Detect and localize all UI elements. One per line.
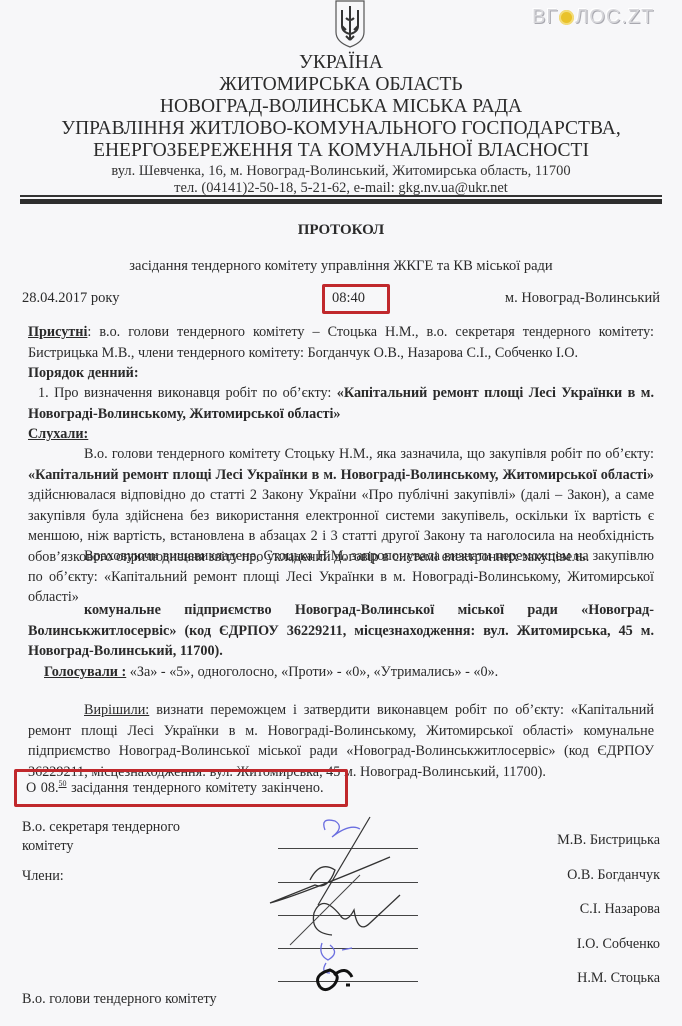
header-council: НОВОГРАД-ВОЛИНСЬКА МІСЬКА РАДА <box>0 96 682 118</box>
trident-coat-of-arms-icon <box>333 0 367 48</box>
signatory-name-5: Н.М. Стоцька <box>577 970 660 987</box>
secretary-label-line2: комітету <box>22 837 180 856</box>
header-department-2: ЕНЕРГОЗБЕРЕЖЕННЯ ТА КОМУНАЛЬНОЇ ВЛАСНОСТ… <box>0 140 682 162</box>
end-prefix: О 08. <box>26 780 59 796</box>
present-label: Присутні <box>28 324 87 340</box>
end-minutes: 50 <box>59 779 67 788</box>
meeting-time: 08:40 <box>332 290 365 307</box>
heard-label: Слухали: <box>28 424 654 445</box>
heard-p2-text: Враховуючи вищевикладене, Стоцька Н.М. з… <box>28 548 654 605</box>
decided-label: Вирішили: <box>84 702 149 718</box>
header-country: УКРАЇНА <box>0 52 682 74</box>
voted-text: «За» - «5», одноголосно, «Проти» - «0», … <box>126 664 498 680</box>
agenda-item-prefix: 1. Про визначення виконавця робіт по об’… <box>38 385 337 401</box>
signatory-name-1: М.В. Бистрицька <box>557 832 660 849</box>
winner-text: комунальне підприємство Новоград-Волинсь… <box>28 602 654 659</box>
document-subtitle: засідання тендерного комітету управління… <box>0 258 682 275</box>
signatory-name-4: І.О. Собченко <box>577 936 660 953</box>
heard-paragraph-2: Враховуючи вищевикладене, Стоцька Н.М. з… <box>28 546 654 608</box>
heard-p1-object: «Капітальний ремонт площі Лесі Українки … <box>28 467 654 483</box>
header-department-1: УПРАВЛІННЯ ЖИТЛОВО-КОМУНАЛЬНОГО ГОСПОДАР… <box>0 118 682 140</box>
signal-dot-icon <box>559 10 574 25</box>
meeting-place: м. Новоград-Волинський <box>505 290 660 307</box>
site-watermark-logo: ВГЛОС.ZT <box>532 6 654 29</box>
present-section: Присутні: в.о. голови тендерного комітет… <box>28 322 654 363</box>
document-title: ПРОТОКОЛ <box>0 222 682 239</box>
voted-label: Голосували : <box>44 664 126 680</box>
heard-p1-start: В.о. голови тендерного комітету Стоцьку … <box>84 446 654 462</box>
present-text: : в.о. голови тендерного комітету – Стоц… <box>28 324 654 361</box>
secretary-label: В.о. секретаря тендерного комітету <box>22 818 180 856</box>
agenda-item: 1. Про визначення виконавця робіт по об’… <box>28 383 654 424</box>
meeting-end-statement: О 08.50 засідання тендерного комітету за… <box>26 779 324 797</box>
winner-paragraph: комунальне підприємство Новоград-Волинсь… <box>28 600 654 662</box>
watermark-text-right: ЛОС.ZT <box>575 6 654 28</box>
header-region: ЖИТОМИРСЬКА ОБЛАСТЬ <box>0 74 682 96</box>
handwritten-signatures <box>250 815 450 995</box>
voted-section: Голосували : «За» - «5», одноголосно, «П… <box>28 662 654 683</box>
header-address: вул. Шевченка, 16, м. Новоград-Волинськи… <box>0 163 682 180</box>
head-label: В.о. голови тендерного комітету <box>22 990 217 1009</box>
secretary-label-line1: В.о. секретаря тендерного <box>22 818 180 837</box>
header-divider-thin <box>20 195 662 197</box>
header-divider-thick <box>20 199 662 204</box>
signatory-name-3: С.І. Назарова <box>580 901 660 918</box>
meeting-date: 28.04.2017 року <box>22 290 119 307</box>
members-label: Члени: <box>22 867 64 886</box>
document-page: ВГЛОС.ZT УКРАЇНА ЖИТОМИРСЬКА ОБЛАСТЬ НОВ… <box>0 0 682 1026</box>
agenda-label: Порядок денний: <box>28 363 654 384</box>
watermark-text-left: ВГ <box>532 6 558 28</box>
end-text: засідання тендерного комітету закінчено. <box>67 780 324 796</box>
signatory-name-2: О.В. Богданчук <box>567 867 660 884</box>
